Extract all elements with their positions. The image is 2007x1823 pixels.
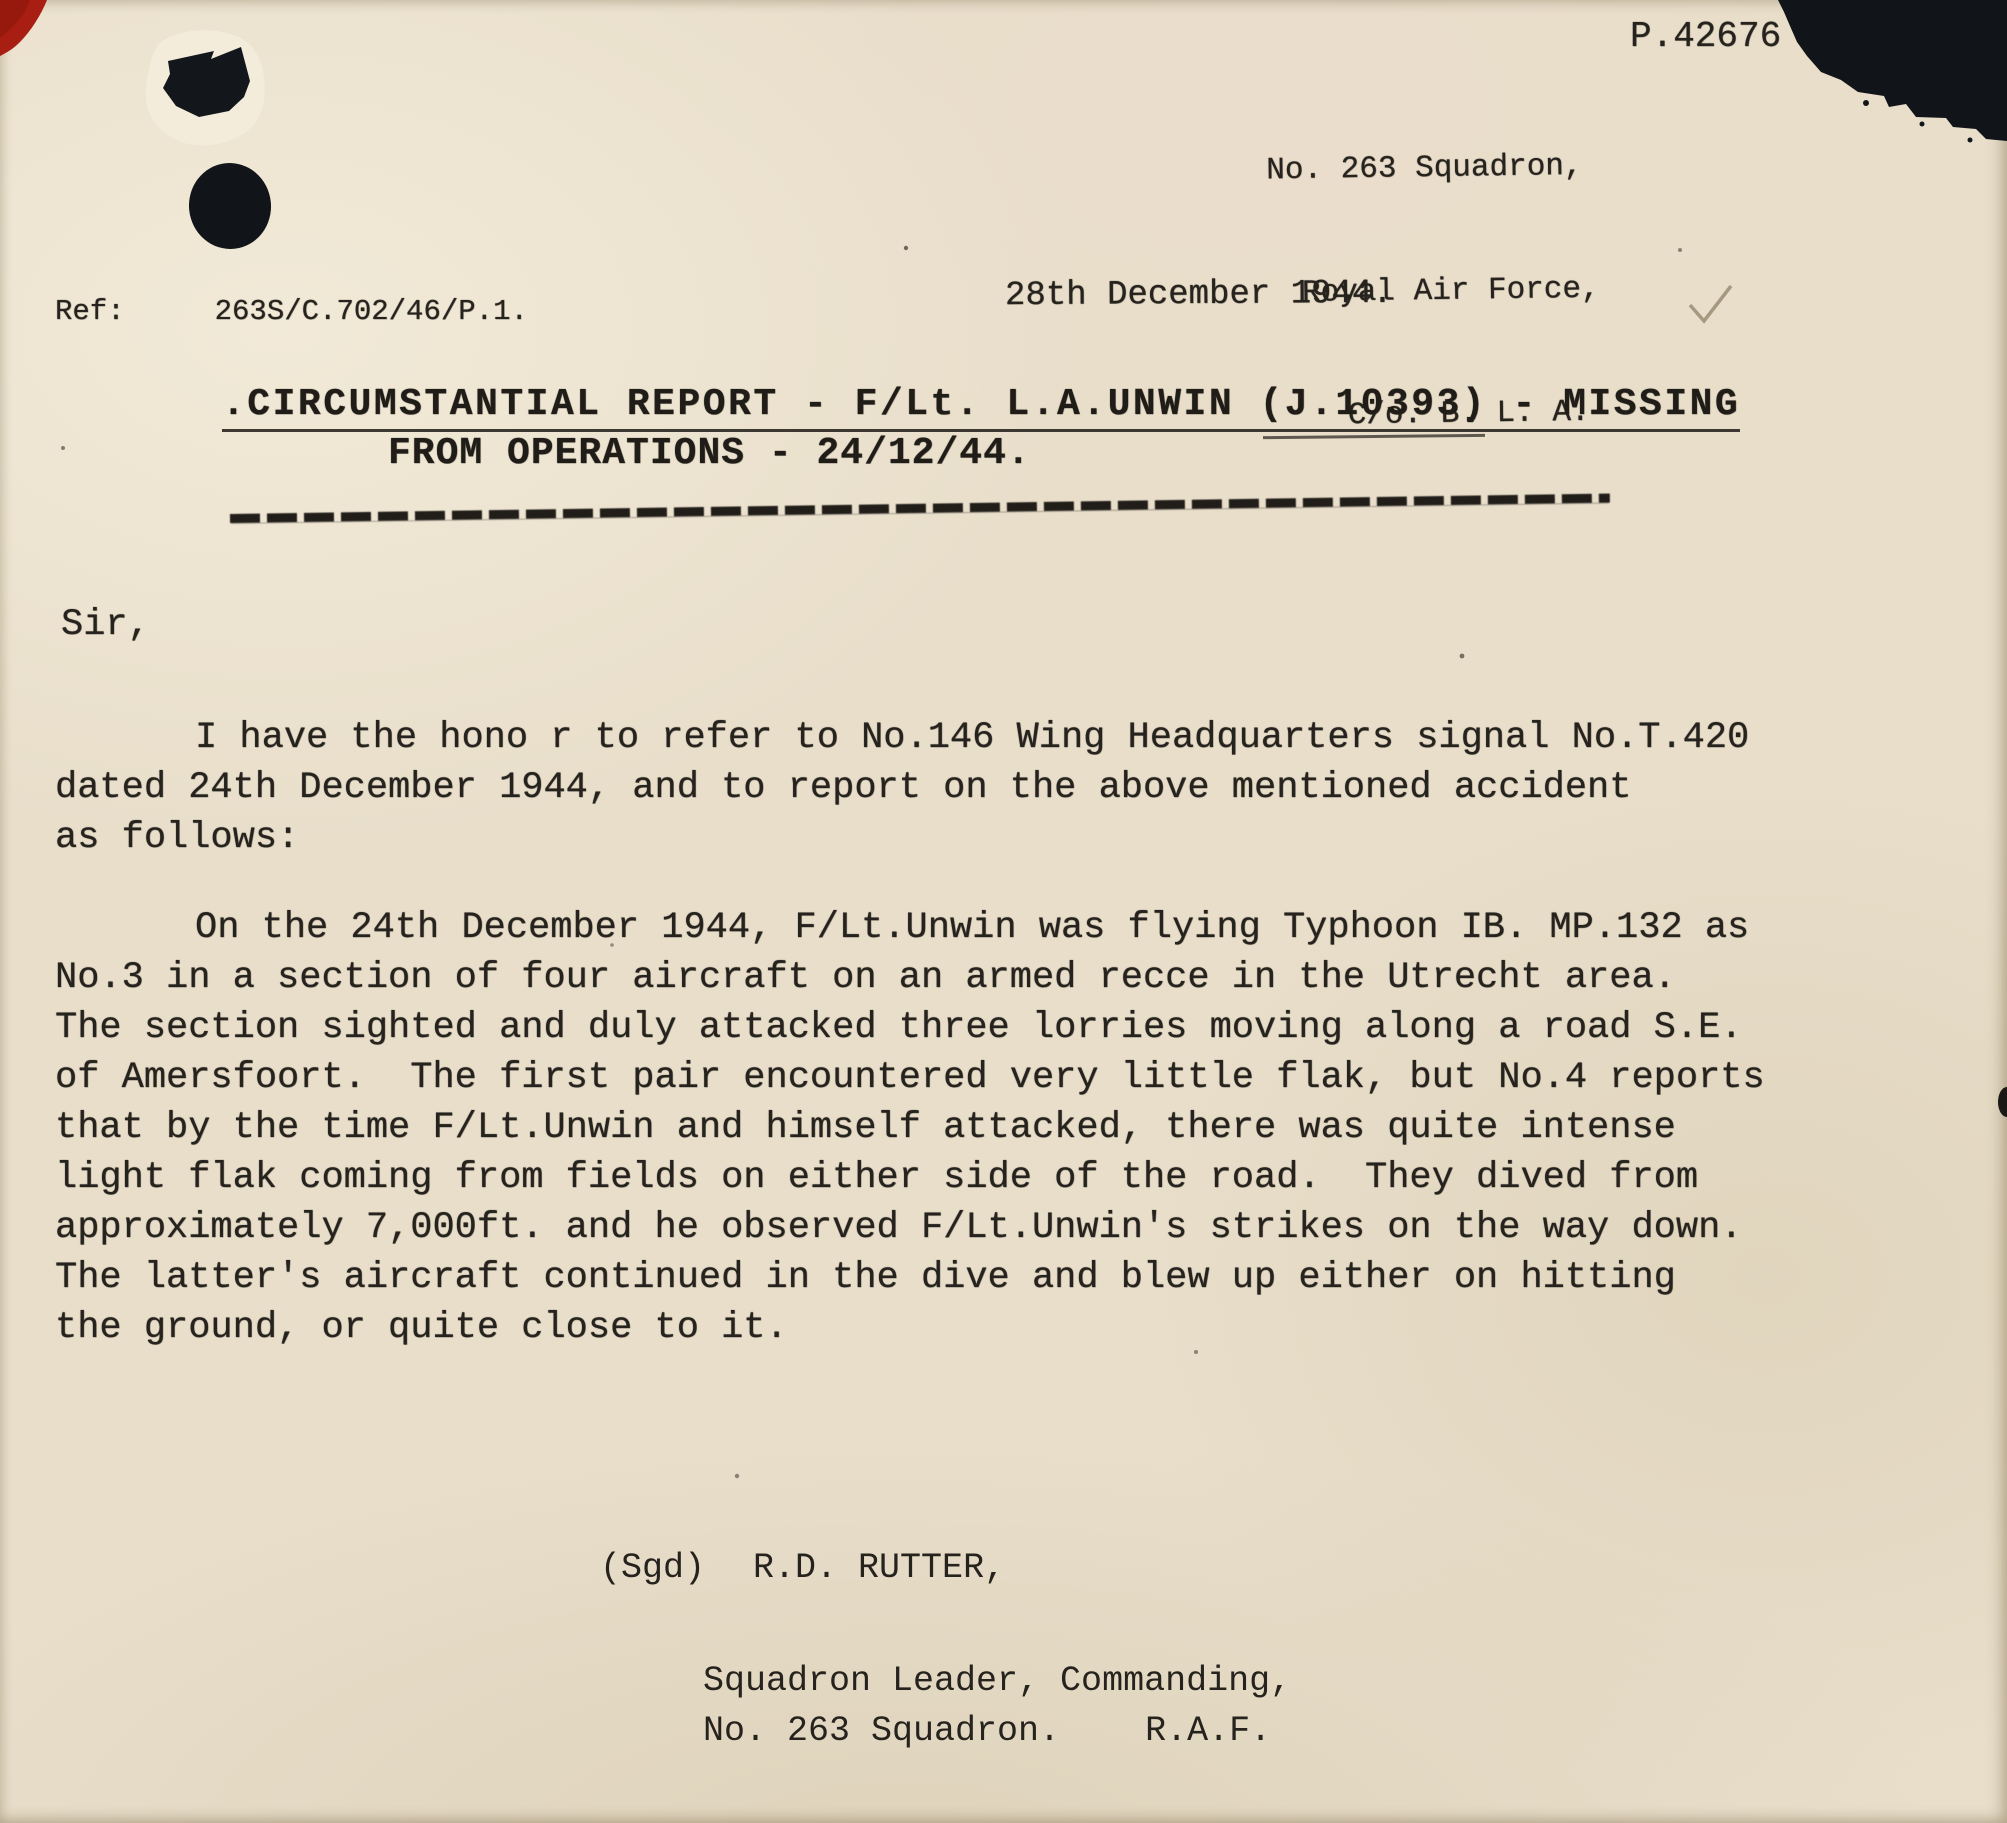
hole-punch-mark bbox=[185, 159, 276, 253]
ref-label: Ref: bbox=[55, 295, 125, 328]
signature-sgd: (Sgd) bbox=[600, 1548, 705, 1588]
signature-block: (Sgd)R.D. RUTTER, Squadron Leader, Comma… bbox=[55, 1543, 1955, 1756]
serial-number: (J.10393) bbox=[1259, 383, 1487, 432]
red-corner-mark bbox=[0, 0, 47, 56]
signature-line: (Sgd)R.D. RUTTER, bbox=[55, 1543, 1955, 1593]
body-line: The section sighted and duly attacked th… bbox=[55, 1003, 1955, 1053]
body-line: light flak coming from fields on either … bbox=[55, 1153, 1955, 1203]
body-line: No.3 in a section of four aircraft on an… bbox=[55, 953, 1955, 1003]
torn-patch-mark bbox=[146, 30, 265, 145]
paragraph: On the 24th December 1944, F/Lt.Unwin wa… bbox=[55, 903, 1955, 1353]
body-line: I have the hono r to refer to No.146 Win… bbox=[55, 713, 1955, 763]
signature-name: R.D. RUTTER, bbox=[753, 1548, 1005, 1588]
registry-number: P.42676 bbox=[1630, 16, 1781, 57]
body-line: as follows: bbox=[55, 813, 1955, 863]
pencil-check-mark bbox=[1690, 286, 1731, 321]
edge-blot-mark bbox=[1998, 1087, 2007, 1117]
ref-number: 263S/C.702/46/P.1. bbox=[215, 295, 528, 328]
signature-unit-line: No. 263 Squadron.R.A.F. bbox=[55, 1706, 1955, 1756]
signature-unit: No. 263 Squadron. bbox=[703, 1711, 1060, 1751]
report-title-line1: .CIRCUMSTANTIAL REPORT - F/Lt. L.A.UNWIN… bbox=[222, 383, 1740, 432]
ink-speck bbox=[1678, 248, 1682, 252]
ink-speck bbox=[61, 446, 65, 450]
document-page: P.42676 No. 263 Squadron, Royal Air Forc… bbox=[0, 0, 2007, 1823]
title-text-pre: .CIRCUMSTANTIAL REPORT - F/Lt. L.A.UNWIN bbox=[222, 383, 1259, 432]
body-line: of Amersfoort. The first pair encountere… bbox=[55, 1053, 1955, 1103]
address-line: No. 263 Squadron, bbox=[1266, 146, 1598, 192]
body-line: The latter's aircraft continued in the d… bbox=[55, 1253, 1955, 1303]
title-text-post: - MISSING bbox=[1487, 383, 1740, 432]
report-title-line2: FROM OPERATIONS - 24/12/44. bbox=[388, 432, 1031, 475]
tape-residue-mark bbox=[163, 47, 250, 117]
date-line: 28th December 1944. bbox=[1005, 275, 1393, 315]
salutation: Sir, bbox=[61, 600, 1955, 650]
body-line: the ground, or quite close to it. bbox=[55, 1303, 1955, 1353]
body-line: dated 24th December 1944, and to report … bbox=[55, 763, 1955, 813]
paragraph: I have the hono r to refer to No.146 Win… bbox=[55, 713, 1955, 863]
ink-speck bbox=[904, 246, 908, 250]
body-line: On the 24th December 1944, F/Lt.Unwin wa… bbox=[55, 903, 1955, 953]
reference-line: Ref:263S/C.702/46/P.1. bbox=[55, 295, 528, 328]
signature-force: R.A.F. bbox=[1145, 1711, 1271, 1751]
signature-role: Squadron Leader, Commanding, bbox=[55, 1656, 1955, 1706]
torn-corner-mark bbox=[1778, 0, 2007, 141]
body-line: that by the time F/Lt.Unwin and himself … bbox=[55, 1103, 1955, 1153]
body-line: approximately 7,000ft. and he observed F… bbox=[55, 1203, 1955, 1253]
letter-body: Sir, I have the hono r to refer to No.14… bbox=[55, 560, 1955, 1756]
